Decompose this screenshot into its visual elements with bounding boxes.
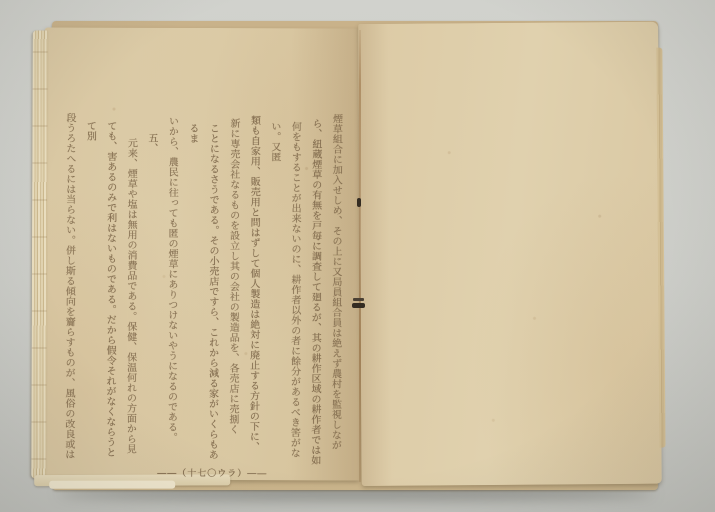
stitch-mark-top — [357, 198, 361, 207]
binding-crease — [359, 30, 361, 482]
under-sheet-edge-2 — [49, 481, 175, 489]
text-column: ことになるさうである。その小売店ですら、これから減る家がいくらもあるま — [180, 113, 222, 465]
stitch-mark-middle — [352, 303, 365, 308]
text-column: 新に専売会社なるものを設立し其の会社の製造品を、各売店に売捌く — [221, 113, 243, 465]
text-column: 段うろたへるには当らない。併し斯る傾向を齎らすものが、風俗の改良或は生活の — [57, 112, 79, 464]
text-column: 五、 — [139, 113, 161, 465]
right-page-edge-stack — [656, 48, 665, 448]
text-column: ても、害あるのみで利はないものである。だから假令それがなくならうとて別 — [78, 113, 120, 465]
text-column: 類も自家用、販売用と問はずして個人製造は絶対に廃止する方針の下に、 — [242, 113, 264, 465]
text-column: 煙草組合に加入せしめ、その上に又局員組合員は絶えず農村を監視しなが — [324, 113, 346, 465]
left-page: 煙草組合に加入せしめ、その上に又局員組合員は絶えず農村を監視しながら、紐蔵煙草の… — [43, 27, 361, 480]
text-column: 何をもすることが出来ないのに、耕作者以外の者に餘分があるべき筈がない。又匿 — [262, 113, 304, 465]
text-column: いから、農民に往っても匿の煙草にありつけないやうになるのである。 — [160, 113, 182, 465]
text-column: ら、紐蔵煙草の有無を戸毎に調査して廻るが、其の耕作区域の耕作者では如 — [303, 113, 325, 465]
vertical-text-block: 煙草組合に加入せしめ、その上に又局員組合員は絶えず農村を監視しながら、紐蔵煙草の… — [57, 112, 345, 465]
photo-background: 煙草組合に加入せしめ、その上に又局員組合員は絶えず農村を監視しながら、紐蔵煙草の… — [0, 0, 715, 512]
page-footer: ――（十七〇ウラ）―― — [127, 466, 297, 480]
right-page — [358, 22, 662, 486]
text-column: 元来、煙草や塩は無用の消費品である。保健、保温何れの方面から見 — [119, 113, 141, 465]
open-book: 煙草組合に加入せしめ、その上に又局員組合員は絶えず農村を監視しながら、紐蔵煙草の… — [44, 20, 660, 498]
deckle-fore-edge — [31, 30, 48, 478]
